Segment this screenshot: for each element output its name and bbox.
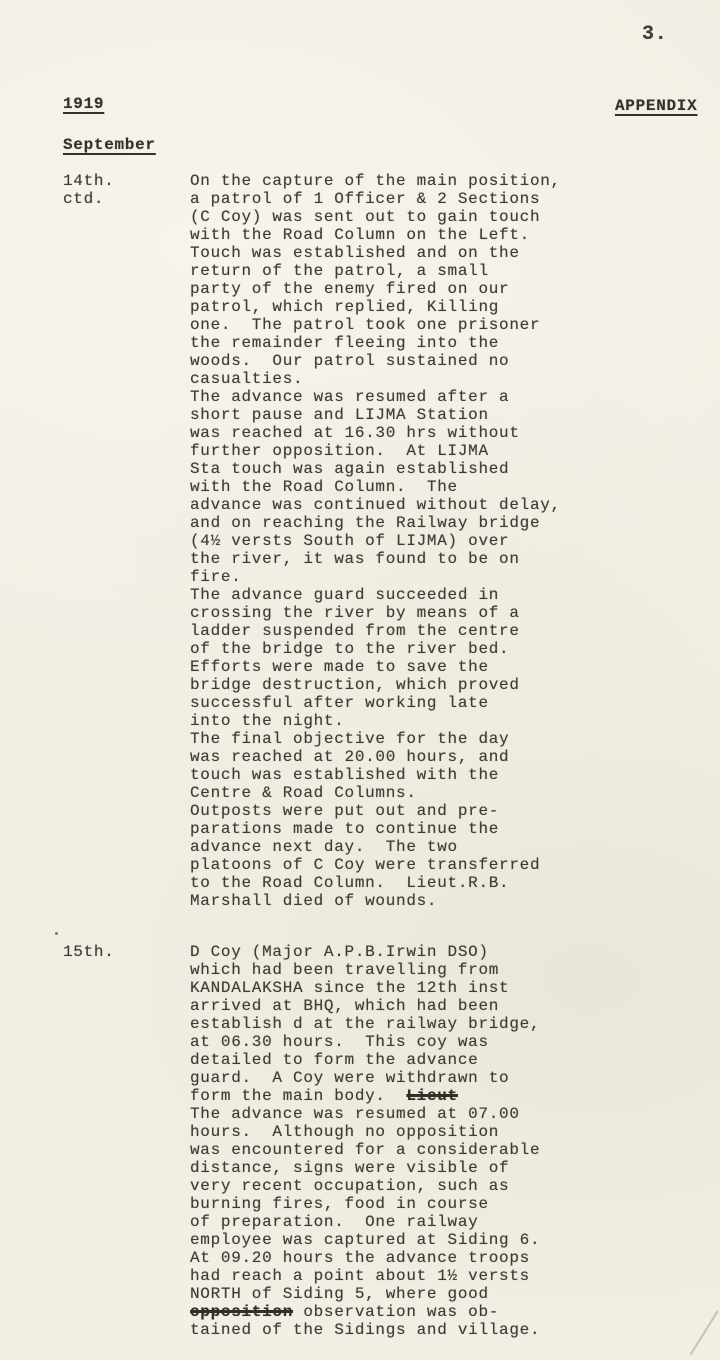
appendix-heading: APPENDIX — [615, 97, 697, 115]
struck-word-lieut: Lieut — [406, 1087, 458, 1105]
entry-date-14th: 14th.ctd. — [63, 172, 173, 208]
entry-15th-text-2: The advance was resumed at 07.00 hours. … — [190, 1105, 540, 1303]
year-heading: 1919 — [63, 95, 104, 113]
entry-body-14th: On the capture of the main position, a p… — [190, 172, 620, 910]
entry-15th-text-1: D Coy (Major A.P.B.Irwin DSO) which had … — [190, 943, 540, 1105]
entry-date-14th-note: ctd. — [63, 190, 173, 208]
month-heading: September — [63, 136, 156, 154]
entry-body-15th: D Coy (Major A.P.B.Irwin DSO) which had … — [190, 943, 620, 1339]
stray-ink-dot — [55, 932, 58, 935]
struck-word-opposition: opposition — [190, 1303, 293, 1321]
entry-date-15th: 15th. — [63, 943, 173, 961]
crease-mark — [689, 1310, 718, 1355]
entry-date-14th-day: 14th. — [63, 172, 173, 190]
document-page: 3. 1919 APPENDIX September 14th.ctd. On … — [0, 0, 720, 1360]
page-number: 3. — [642, 26, 667, 44]
